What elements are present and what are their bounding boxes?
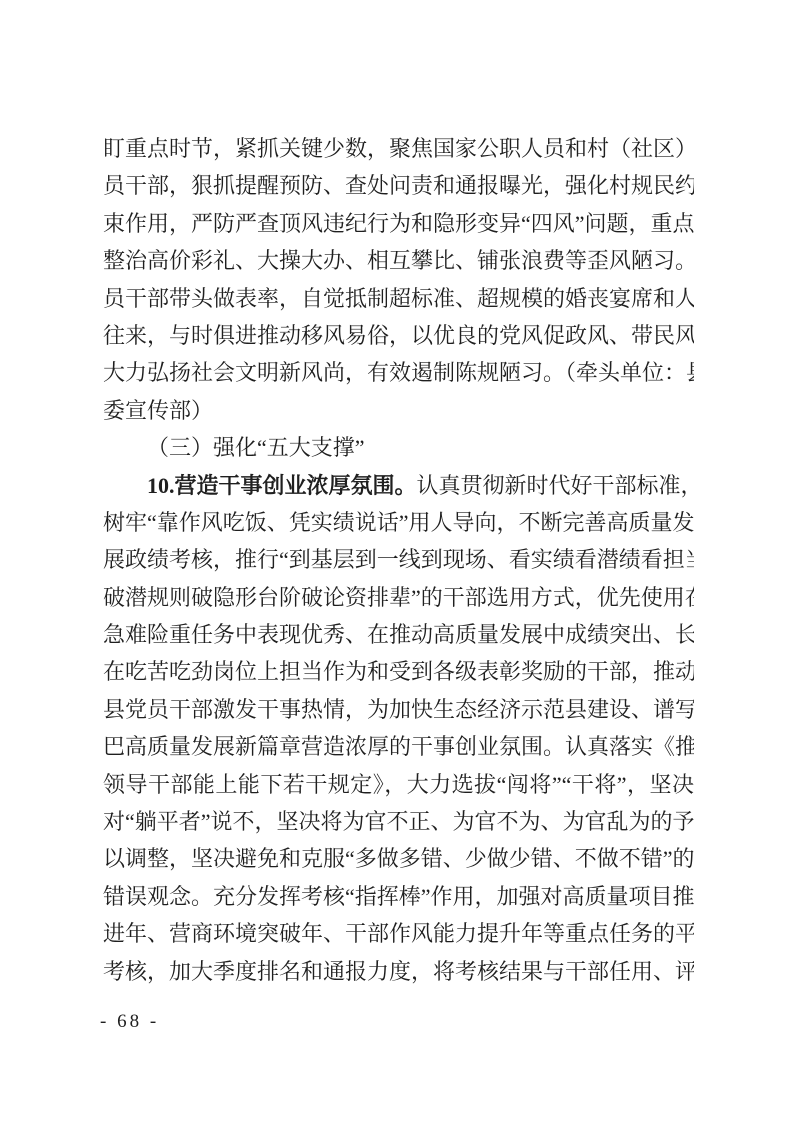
text-line: 在吃苦吃劲岗位上担当作为和受到各级表彰奖励的干部，推动全 — [103, 653, 694, 690]
text-line: 束作用，严防严查顶风违纪行为和隐形变异“四风”问题，重点 — [103, 205, 694, 242]
text-line: 展政绩考核，推行“到基层到一线到现场、看实绩看潜绩看担当、 — [103, 541, 694, 578]
text-line: 大力弘扬社会文明新风尚，有效遏制陈规陋习。（牵头单位：县 — [103, 354, 694, 391]
item-10-lead-text: 认真贯彻新时代好干部标准， — [417, 473, 694, 498]
text-line: 急难险重任务中表现优秀、在推动高质量发展中成绩突出、长期 — [103, 616, 694, 653]
text-line: 破潜规则破隐形台阶破论资排辈”的干部选用方式，优先使用在 — [103, 579, 694, 616]
text-line: 整治高价彩礼、大操大办、相互攀比、铺张浪费等歪风陋习。党 — [103, 242, 694, 279]
document-page: 盯重点时节，紧抓关键少数，聚焦国家公职人员和村（社区）党 员干部，狠抓提醒预防、… — [0, 0, 793, 1122]
document-body: 盯重点时节，紧抓关键少数，聚焦国家公职人员和村（社区）党 员干部，狠抓提醒预防、… — [103, 130, 694, 990]
paragraph-continuation: 盯重点时节，紧抓关键少数，聚焦国家公职人员和村（社区）党 员干部，狠抓提醒预防、… — [103, 130, 694, 429]
text-line: 盯重点时节，紧抓关键少数，聚焦国家公职人员和村（社区）党 — [103, 130, 694, 167]
text-line: 县党员干部激发干事热情，为加快生态经济示范县建设、谱写镇 — [103, 691, 694, 728]
text-line: 10.营造干事创业浓厚氛围。认真贯彻新时代好干部标准， — [103, 467, 694, 504]
section-heading: （三）强化“五大支撑” — [103, 429, 694, 466]
section-heading-para: （三）强化“五大支撑” — [103, 429, 694, 466]
text-line: 员干部带头做表率，自觉抵制超标准、超规模的婚丧宴席和人情 — [103, 280, 694, 317]
text-line: 错误观念。充分发挥考核“指挥棒”作用，加强对高质量项目推 — [103, 878, 694, 915]
text-line: 考核，加大季度排名和通报力度，将考核结果与干部任用、评先 — [103, 953, 694, 990]
paragraph-item-10: 10.营造干事创业浓厚氛围。认真贯彻新时代好干部标准， 树牢“靠作风吃饭、凭实绩… — [103, 467, 694, 990]
text-line: 树牢“靠作风吃饭、凭实绩说话”用人导向，不断完善高质量发 — [103, 504, 694, 541]
page-number: - 68 - — [100, 1008, 159, 1036]
text-line: 以调整，坚决避免和克服“多做多错、少做少错、不做不错”的 — [103, 840, 694, 877]
text-line: 员干部，狠抓提醒预防、查处问责和通报曝光，强化村规民约约 — [103, 167, 694, 204]
text-line: 往来，与时俱进推动移风易俗，以优良的党风促政风、带民风， — [103, 317, 694, 354]
text-line: 对“躺平者”说不，坚决将为官不正、为官不为、为官乱为的予 — [103, 803, 694, 840]
text-line: 巴高质量发展新篇章营造浓厚的干事创业氛围。认真落实《推进 — [103, 728, 694, 765]
text-line: 领导干部能上能下若干规定》，大力选拔“闯将”“干将”，坚决 — [103, 766, 694, 803]
text-line: 委宣传部） — [103, 392, 694, 429]
item-10-title: 10.营造干事创业浓厚氛围。 — [147, 473, 417, 498]
text-line: 进年、营商环境突破年、干部作风能力提升年等重点任务的平时 — [103, 915, 694, 952]
